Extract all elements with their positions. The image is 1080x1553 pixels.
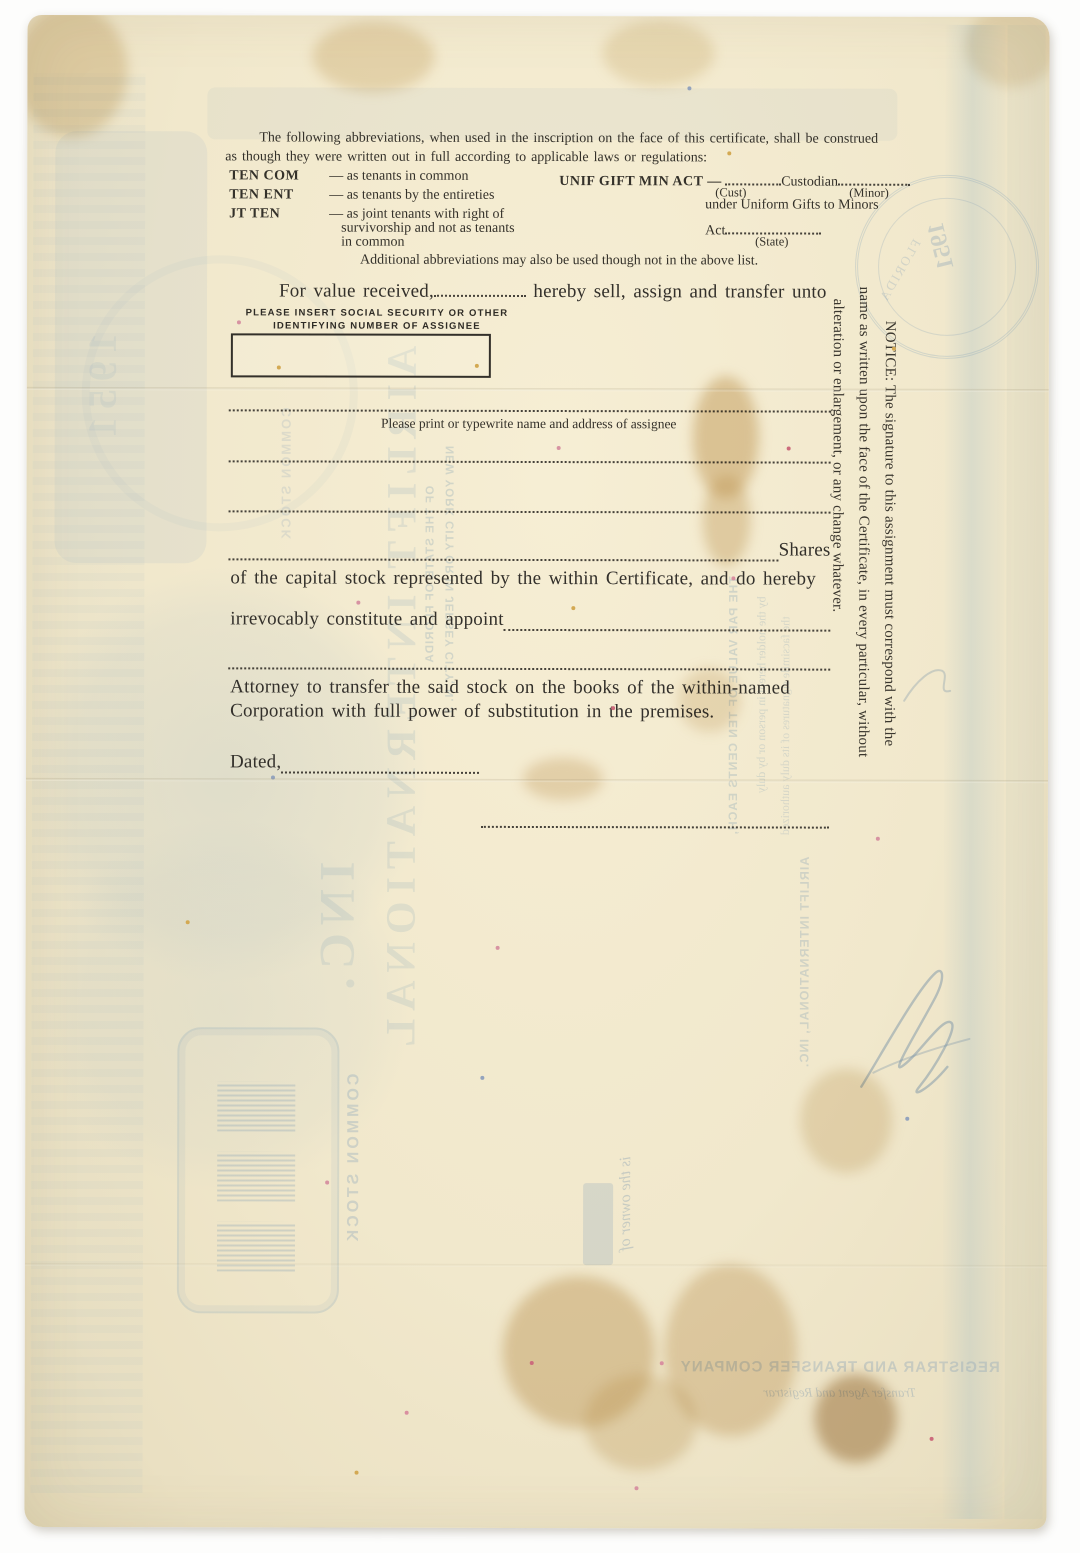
- act-label: Act: [705, 223, 725, 238]
- printed-text-layer: The following abbreviations, when used i…: [24, 15, 1049, 1529]
- abbr-intro-line2: as though they were written out in full …: [225, 147, 915, 167]
- capital-stock-line: of the capital stock represented by the …: [230, 567, 816, 590]
- abbr-intro-line1: The following abbreviations, when used i…: [225, 128, 915, 148]
- for-value-received-text: For value received,: [279, 280, 434, 301]
- attorney-rule: [228, 657, 830, 670]
- certificate-back-paper: 1951 FLORIDA AIRLIFT INTERNATIONAL INC. …: [24, 15, 1049, 1529]
- sell-assign-transfer-text: hereby sell, assign and transfer unto: [533, 281, 826, 303]
- dated-label: Dated,: [230, 751, 281, 773]
- abbr-code-ten-com: TEN COM: [229, 167, 299, 185]
- attorney-line2: Corporation with full power of substitut…: [230, 699, 790, 724]
- state-caption: (State): [755, 232, 788, 250]
- notice-line3: alteration or enlargement, or any change…: [824, 287, 851, 867]
- notice-line1: NOTICE: The signature to this assignment…: [876, 287, 903, 867]
- notice-line2: name as written upon the face of the Cer…: [850, 287, 877, 867]
- under-uniform-gifts-line: under Uniform Gifts to Minors: [705, 196, 878, 214]
- ssn-box-caption-line1: PLEASE INSERT SOCIAL SECURITY OR OTHER: [227, 306, 527, 320]
- appoint-leader: [504, 608, 831, 632]
- signature-rule: [481, 816, 829, 829]
- assignee-rule-2: [229, 450, 831, 463]
- irrevocably-line: irrevocably constitute and appoint: [230, 608, 503, 631]
- scanned-document: 1951 FLORIDA AIRLIFT INTERNATIONAL INC. …: [0, 0, 1080, 1553]
- additional-abbreviations-note: Additional abbreviations may also be use…: [319, 252, 799, 271]
- ssn-box-caption-line2: IDENTIFYING NUMBER OF ASSIGNEE: [227, 319, 527, 333]
- assignee-rule-3: [229, 500, 831, 513]
- print-name-caption: Please print or typewrite name and addre…: [329, 416, 729, 433]
- shares-leader: [228, 537, 778, 561]
- assignee-rule-1: [229, 399, 831, 412]
- notice-block: NOTICE: The signature to this assignment…: [824, 287, 903, 867]
- abbr-text-jt-ten-3: in common: [341, 234, 404, 252]
- dated-leader: [281, 750, 479, 773]
- unif-gift-label: UNIF GIFT MIN ACT —: [559, 174, 722, 189]
- attorney-line1: Attorney to transfer the said stock on t…: [230, 675, 790, 700]
- abbr-code-ten-ent: TEN ENT: [229, 186, 294, 204]
- custodian-label: Custodian: [781, 175, 838, 190]
- abbr-code-jt-ten: JT TEN: [229, 205, 280, 223]
- ssn-entry-box: [231, 333, 491, 378]
- shares-label: Shares: [779, 540, 831, 562]
- abbr-text-ten-ent: — as tenants by the entireties: [329, 187, 494, 205]
- abbr-text-ten-com: — as tenants in common: [329, 168, 468, 186]
- for-value-leader: [434, 278, 526, 297]
